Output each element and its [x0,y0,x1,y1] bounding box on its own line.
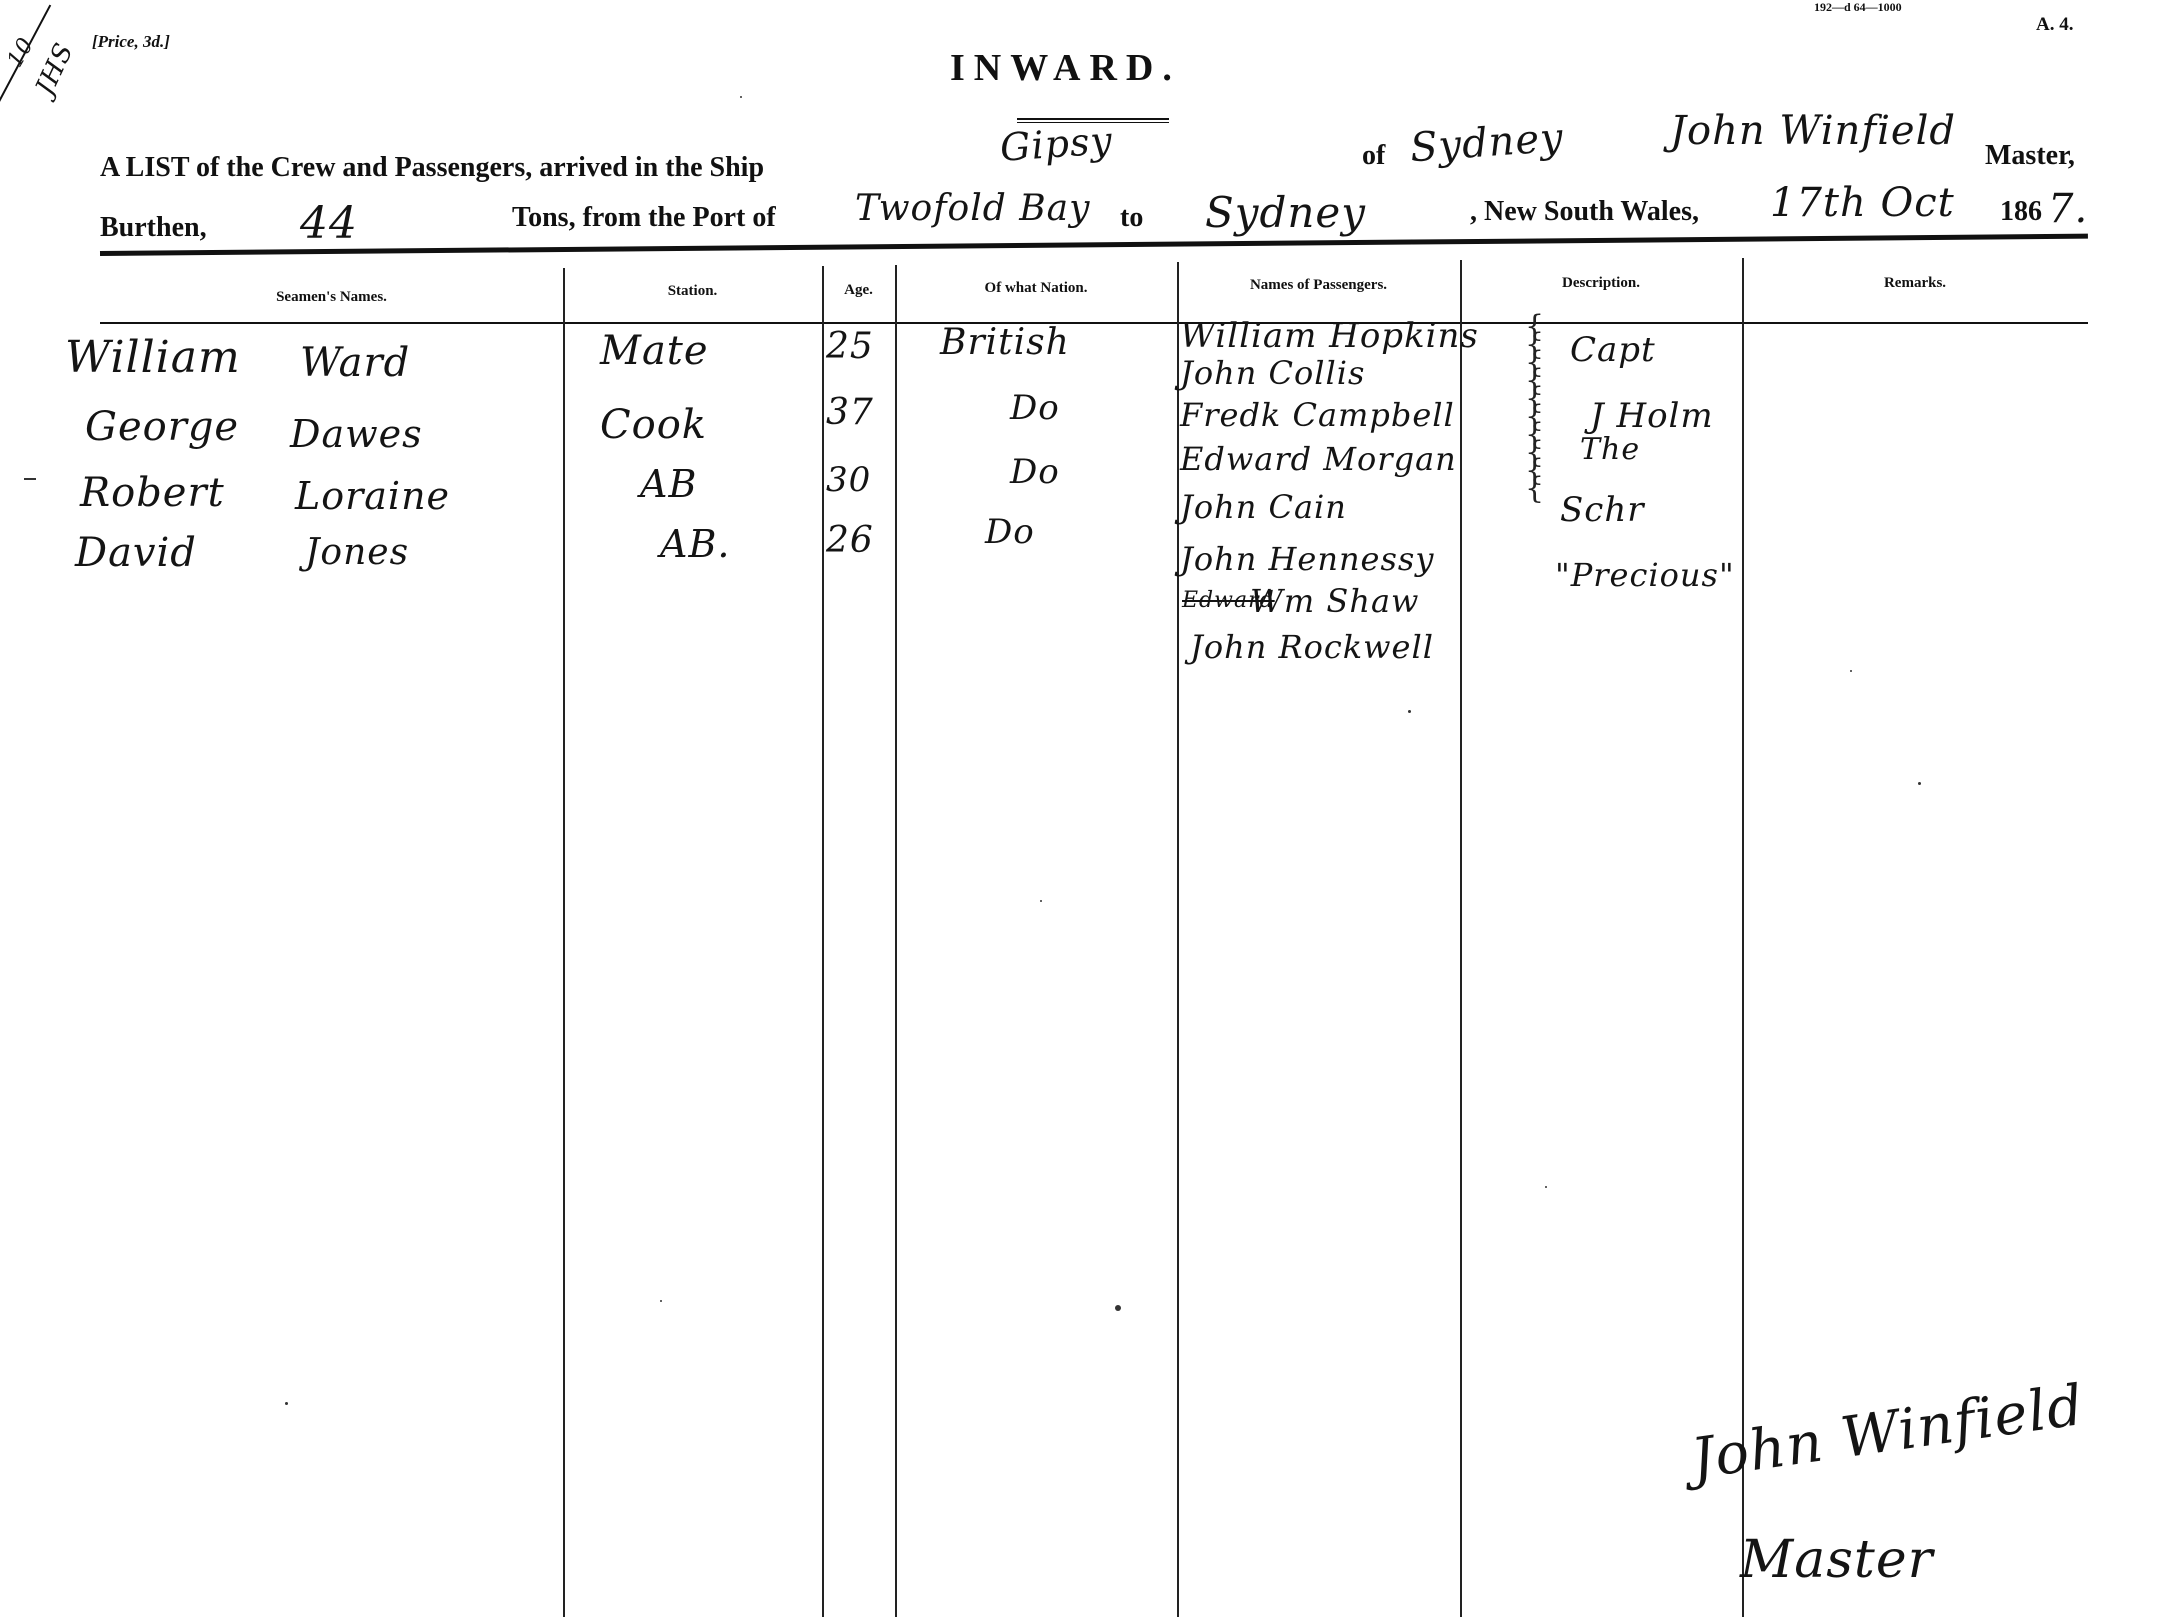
seaman-last-name: Loraine [295,474,450,518]
description-line: J Holm [1590,396,1714,436]
year-printed: 186 [2000,196,2042,228]
seaman-last-name: Ward [300,340,410,386]
column-header-seamen-names: Seamen's Names. [100,289,563,306]
seaman-last-name: Jones [305,532,409,573]
nation-value: British [940,322,1070,363]
column-header-age: Age. [822,282,895,299]
burthen-label: Burthen, [100,212,207,244]
column-divider-5 [1460,260,1462,1617]
speck [740,96,742,98]
master-name-field: John Winfield [1670,108,1956,154]
column-divider-6 [1742,258,1744,1617]
column-divider-2 [822,266,824,1617]
year-handwritten: 7. [2048,186,2088,232]
passenger-name: Edward Morgan [1180,440,1457,478]
column-header-description: Description. [1460,275,1742,292]
seaman-last-name: Dawes [290,412,423,456]
from-port-field: Twofold Bay [855,188,1090,229]
signature-title: Master [1740,1530,1933,1590]
speck [1918,782,1921,785]
burthen-value-field: 44 [300,198,358,249]
speck [1115,1305,1121,1311]
column-divider-3 [895,265,897,1617]
page-title: INWARD. [950,46,1181,90]
new-south-wales-label: , New South Wales, [1470,196,1699,228]
price-note: [Price, 3d.] [92,32,170,52]
speck [1850,670,1852,672]
column-header-passenger-names: Names of Passengers. [1177,277,1460,294]
seaman-first-name: Robert [80,470,225,516]
passenger-name: John Collis [1180,354,1365,392]
seaman-first-name: George [85,404,239,450]
list-heading-text: A LIST of the Crew and Passengers, arriv… [100,152,764,184]
margin-number: 10 [3,33,40,71]
nation-value: Do [985,512,1035,552]
age-value: 26 [826,520,874,561]
date-field: 17th Oct [1770,180,1955,226]
speck [1408,710,1411,713]
speck [24,478,36,480]
passenger-name: William Hopkins [1180,316,1479,356]
station-value: AB. [660,522,730,566]
age-value: 37 [826,392,874,433]
passenger-name: John Rockwell [1190,628,1434,666]
description-line: The [1580,432,1640,467]
to-port-field: Sydney [1205,188,1366,237]
table-header-rule [100,322,2088,324]
form-code: 192—d 64—1000 [1814,0,1902,15]
passenger-name: John Cain [1180,488,1347,526]
speck [1040,900,1042,902]
station-value: AB [640,462,697,506]
nation-value: Do [1010,388,1060,428]
form-reference: A. 4. [2036,14,2073,36]
passenger-name: Fredk Campbell [1180,396,1455,434]
tons-from-port-label: Tons, from the Port of [512,202,776,234]
to-label: to [1120,202,1143,234]
station-value: Cook [600,402,707,448]
master-label: Master, [1985,140,2075,172]
description-line: Capt [1570,330,1656,370]
age-value: 25 [826,326,874,367]
passenger-name: John Hennessy [1180,540,1434,578]
ship-name-field: Gipsy [999,118,1115,170]
column-header-station: Station. [563,283,822,300]
speck [660,1300,662,1302]
column-divider-4 [1177,262,1179,1617]
margin-annotation: 10 JHS [0,0,90,120]
age-value: 30 [826,460,871,500]
ship-of-field: Sydney [1409,115,1565,172]
station-value: Mate [600,328,709,374]
description-line: "Precious" [1555,556,1735,594]
table-top-rule [100,234,2088,256]
passenger-name: Wm Shaw [1250,582,1419,620]
column-header-remarks: Remarks. [1742,275,2088,292]
grouping-brace: {{{{{{{{{{ [1525,318,1545,498]
seaman-first-name: David [75,530,197,576]
speck [1545,1186,1547,1188]
nation-value: Do [1010,452,1060,492]
signature-name: John Winfield [1687,1373,2087,1492]
column-header-nation: Of what Nation. [895,280,1177,297]
column-divider-1 [563,268,565,1617]
of-label: of [1362,140,1385,172]
seaman-first-name: William [65,332,241,383]
speck [285,1402,288,1405]
description-line: Schr [1560,490,1644,530]
